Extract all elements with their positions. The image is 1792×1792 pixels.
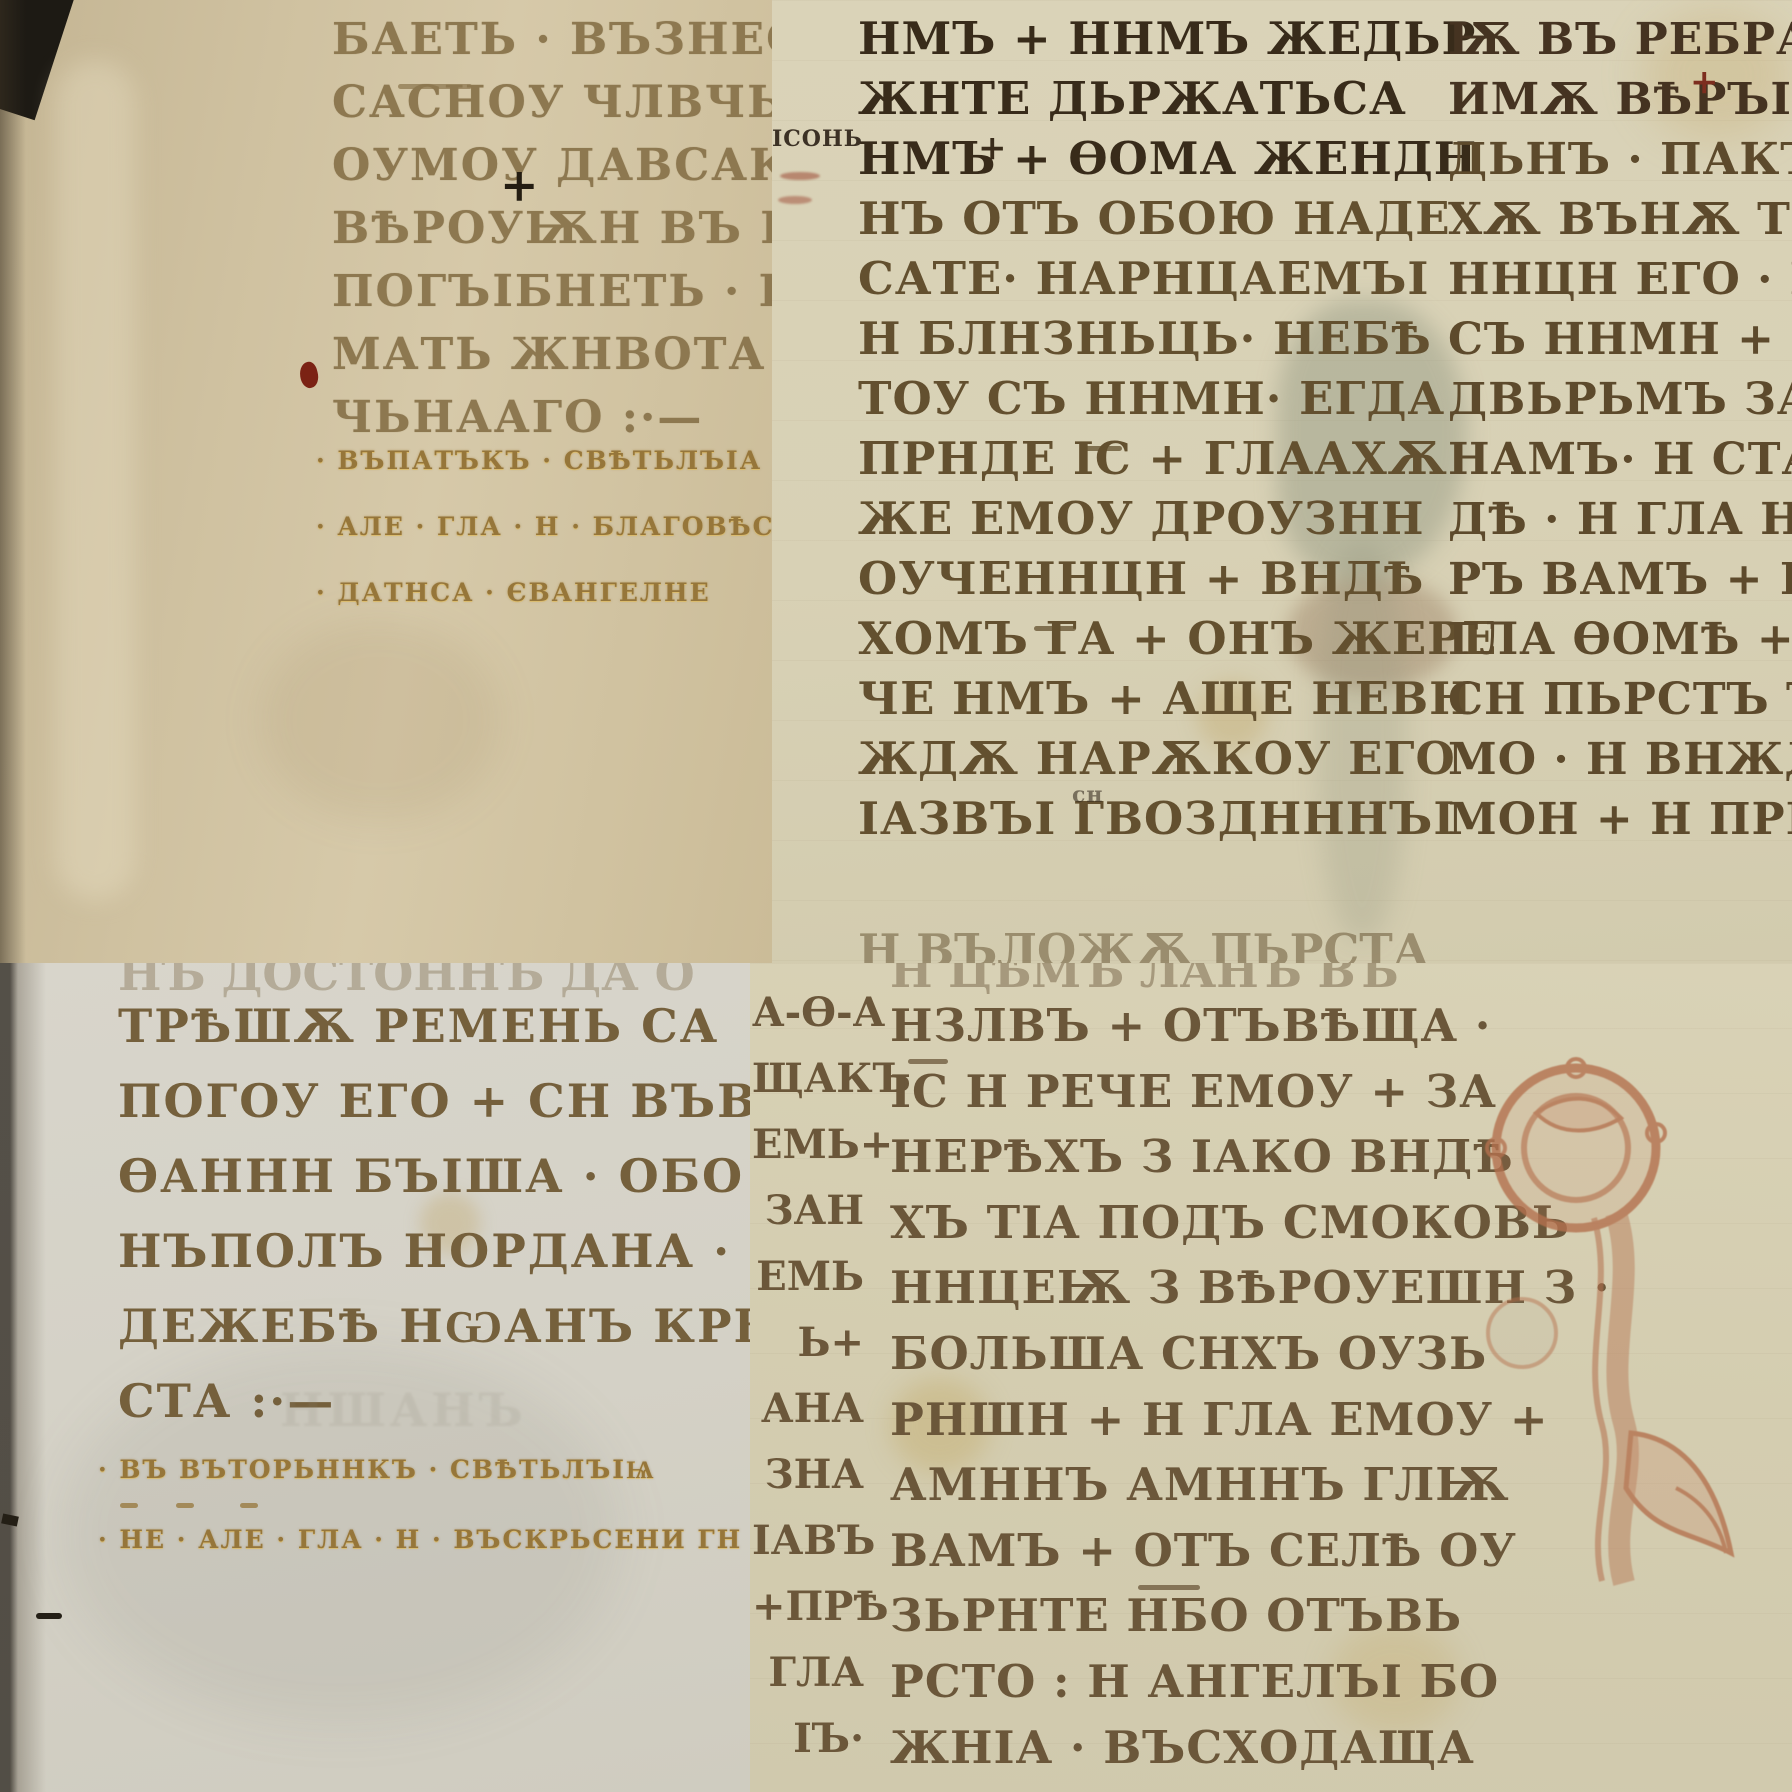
photo-bottom-right: Н ЦѢМЪ ЛАНЪ ВЪ А-Ѳ-АЩАКЪЕМЬ+ЗАНЕМЬЬ+АНАЗ… [750, 963, 1792, 1792]
line-fragment: ЗНА [752, 1451, 864, 1517]
manuscript-line: ЗЬРНТЕ НБО ОТЪВЬ [890, 1589, 1611, 1655]
manuscript-line: МОН + Н ПРННЕС [1448, 794, 1792, 854]
red-gloss-mark [780, 172, 820, 180]
line-fragment: ІАВЪ [752, 1517, 864, 1583]
manuscript-line: ВѢРОУѬН ВЪ НЬ [332, 203, 772, 266]
titlo-mark [120, 1503, 138, 1508]
manuscript-line: НАМЪ· Н СТА ПО [1448, 434, 1792, 494]
manuscript-line: ІАЗВЪІ ГВОЗДНННЪІ [858, 792, 1497, 852]
titlo-mark [1082, 446, 1122, 451]
manuscript-line: ПОГОУ ЕГО + СН ВЪВН [118, 1074, 750, 1149]
manuscript-line: ДЕЖЕБѢ НѠАНЪ КРЬ [118, 1299, 750, 1374]
manuscript-line: ХѪ ВЪНѪ ТРЬС [1448, 194, 1792, 254]
manuscript-line: НЪПОЛЪ НОРДАНА · Н [118, 1224, 750, 1299]
photo-top-right: ІСОНЬ НМЪ + ННМЪ ЖЕДЬРЖНТЕ ДЬРЖАТЬСАНМЪ … [772, 0, 1792, 963]
line-fragment: ЩАКЪ [752, 1055, 864, 1121]
marginal-gloss: ІСОНЬ [772, 126, 863, 152]
rubric-line: · ВЪ ВЪТОРЬННКЪ · СВѢТЬЛЪІѨ [98, 1455, 750, 1525]
manuscript-line: БАЕТЬ · ВЪЗНЕС [332, 14, 772, 77]
manuscript-line: ПОГЪІБНЕТЬ · Н [332, 266, 772, 329]
manuscript-line: РЪ ВАМЪ + ПОТО [1448, 554, 1792, 614]
manuscript-composite: БАЕТЬ · ВЪЗНЕССАСНОУ ЧЛВЧЬСІОУМОУ ДАВСАК… [0, 0, 1792, 1792]
manuscript-line: ОУЧЕННЦН + ВНДѢ [858, 552, 1497, 612]
text-column-2: Ѭ ВЪ РЕБРА ЕГОИМѪ ВѢРЪІ + НПДЬНЪ · ПАКЪІ… [1448, 14, 1792, 854]
manuscript-line: ОУМОУ ДАВСАКЪ [332, 140, 772, 203]
manuscript-line: ЖДѪ НАРѪКОУ ЕГО [858, 732, 1497, 792]
titlo-mark [176, 1503, 194, 1508]
rubric-line: · ВЪПАТЪКЪ · СВѢТЬЛЪІА ГА [316, 446, 772, 512]
line-fragment: А-Ѳ-А [752, 989, 864, 1055]
manuscript-line: ЖНТЕ ДЬРЖАТЬСА [858, 72, 1497, 132]
cut-line: Н ВЪЛОЖѪ ПЬРСТА [858, 924, 1429, 963]
manuscript-line: НМЪ + ѲОМА ЖЕНДН [858, 132, 1497, 192]
ornamental-initial [1426, 1033, 1746, 1593]
manuscript-line: СН ПЬРСТЪ ТВО [1448, 674, 1792, 734]
manuscript-line: МО · Н ВНЖДЬ Р [1448, 734, 1792, 794]
red-gloss-mark [778, 196, 812, 204]
manuscript-line: ННЦН ЕГО · Н Ѳ [1448, 254, 1792, 314]
line-fragment: ГЛА [752, 1649, 864, 1715]
red-ink-blot [297, 360, 321, 390]
page-edge-shadow [0, 0, 26, 963]
manuscript-line: ТРѢШѪ РЕМЕНЬ СА [118, 999, 750, 1074]
manuscript-line: ЧЕ НМЪ + АЩЕ НЕВН [858, 672, 1497, 732]
line-fragment: Ь+ [752, 1319, 864, 1385]
rubric-column: · ВЪ ВЪТОРЬННКЪ · СВѢТЬЛЪІѨ· НЕ · АЛЕ · … [98, 1455, 750, 1595]
rubric-line: · ДАТНСА · ЄВАНГЕЛНЕ [316, 578, 772, 644]
manuscript-line: ИМѪ ВѢРЪІ + НП [1448, 74, 1792, 134]
bleedthrough-text: НШАНЪ [280, 1383, 527, 1437]
line-fragment: ІЪ· [752, 1715, 864, 1781]
cross-mark: + [978, 128, 1007, 168]
titlo-mark [1138, 1585, 1200, 1590]
manuscript-line: Ѭ ВЪ РЕБРА ЕГО [1448, 14, 1792, 74]
manuscript-line: НЪ ОТЪ ОБОЮ НАДЕ [858, 192, 1497, 252]
rubric-line: · АЛЕ · ГЛА · Н · БЛАГОВѢСТЬН [316, 512, 772, 578]
manuscript-line: ЖЕ ЕМОУ ДРОУЗНН [858, 492, 1497, 552]
manuscript-line: ДѢ · Н ГЛА НМЪ + [1448, 494, 1792, 554]
parchment-stain [260, 620, 500, 820]
manuscript-line: ДЬНЪ · ПАКЪІ Б [1448, 134, 1792, 194]
manuscript-line: ХОМЪ ГА + ОНЪ ЖЕРЕ [858, 612, 1497, 672]
interlinear-gloss: сн [1072, 782, 1104, 808]
manuscript-line: ТОУ СЪ ННМН· ЕГДА [858, 372, 1497, 432]
line-fragment: ЕМЬ+ [752, 1121, 864, 1187]
black-cross-mark: + [500, 158, 539, 212]
titlo-mark [908, 1059, 948, 1064]
photo-top-left: БАЕТЬ · ВЪЗНЕССАСНОУ ЧЛВЧЬСІОУМОУ ДАВСАК… [0, 0, 772, 963]
ink-speck [36, 1613, 62, 1619]
line-fragment: АНА [752, 1385, 864, 1451]
clipped-column-fragments: А-Ѳ-АЩАКЪЕМЬ+ЗАНЕМЬЬ+АНАЗНАІАВЪ+ПРѢГЛАІЪ… [752, 989, 864, 1781]
line-fragment: ЗАН [752, 1187, 864, 1253]
manuscript-line: ЖНІА · ВЪСХОДАЩА [890, 1721, 1611, 1787]
manuscript-line: РСТО : Н АНГЕЛЪІ БО [890, 1655, 1611, 1721]
manuscript-line: СЪ ННМН + ПРН [1448, 314, 1792, 374]
manuscript-line: МАТЬ ЖНВОТА ВѢ [332, 329, 772, 392]
fold-highlight [55, 60, 135, 900]
manuscript-line: Н БЛНЗНЬЦЬ· НЕБѢ [858, 312, 1497, 372]
manuscript-line: ДВЬРЬМЪ ЗАТ [1448, 374, 1792, 434]
text-column: БАЕТЬ · ВЪЗНЕССАСНОУ ЧЛВЧЬСІОУМОУ ДАВСАК… [332, 14, 772, 455]
titlo-mark [240, 1503, 258, 1508]
titlo-mark [1034, 626, 1076, 631]
gutter-shadow [0, 963, 46, 1792]
rubric-column: · ВЪПАТЪКЪ · СВѢТЬЛЪІА ГА· АЛЕ · ГЛА · Н… [316, 446, 772, 644]
titlo-mark [398, 84, 472, 89]
text-column-1: НМЪ + ННМЪ ЖЕДЬРЖНТЕ ДЬРЖАТЬСАНМЪ + ѲОМА… [858, 12, 1497, 852]
manuscript-line: ГЛА ѲОМѢ + ПРН [1448, 614, 1792, 674]
manuscript-line: НМЪ + ННМЪ ЖЕДЬР [858, 12, 1497, 72]
photo-bottom-left: НЪ ДОСТОННЪ ДА О ТРѢШѪ РЕМЕНЬ САПОГОУ ЕГ… [0, 963, 750, 1792]
cut-line: Н ЦѢМЪ ЛАНЪ ВЪ [890, 963, 1399, 998]
rubric-line: · НЕ · АЛЕ · ГЛА · Н · ВЪСКРЬСЕНИ ГН · [98, 1525, 750, 1595]
line-fragment: ЕМЬ [752, 1253, 864, 1319]
cut-line: НЪ ДОСТОННЪ ДА О [118, 963, 695, 1001]
manuscript-line: ѲАННН БЪІША · ОБО [118, 1149, 750, 1224]
manuscript-line: САТЕ· НАРНЦАЕМЪІ [858, 252, 1497, 312]
text-column: ТРѢШѪ РЕМЕНЬ САПОГОУ ЕГО + СН ВЪВНѲАННН … [118, 999, 750, 1449]
red-cross-mark: + [1690, 62, 1719, 102]
manuscript-line: ПРНДЕ ІС + ГЛААХѪ [858, 432, 1497, 492]
line-fragment: +ПРѢ [752, 1583, 864, 1649]
